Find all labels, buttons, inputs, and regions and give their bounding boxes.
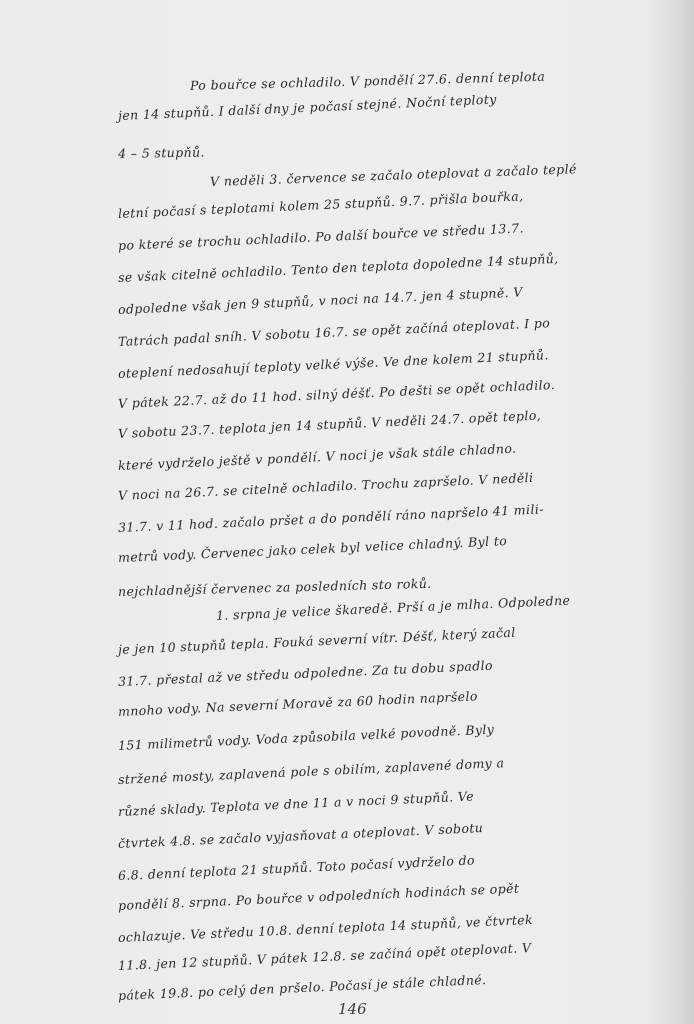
handwritten-line: odpoledne však jen 9 stupňů, v noci na 1… [118, 284, 523, 317]
handwritten-line: po které se trochu ochladilo. Po další b… [118, 220, 524, 253]
handwritten-line: Po bouřce se ochladilo. V pondělí 27.6. … [190, 69, 545, 93]
handwritten-line: 31.7. přestal až ve středu odpoledne. Za… [118, 658, 494, 689]
handwritten-line: 1. srpna je velice škaredě. Prší a je ml… [216, 593, 571, 623]
page-number: 146 [338, 1000, 367, 1018]
handwritten-line: mnoho vody. Na severní Moravě za 60 hodi… [118, 688, 478, 719]
handwritten-line: nejchladnější červenec za posledních sto… [118, 576, 432, 599]
handwritten-line: pondělí 8. srpna. Po bouřce v odpoledníc… [118, 880, 520, 913]
handwritten-line: jen 14 stupňů. I další dny je počasí ste… [118, 91, 497, 123]
handwritten-line: různé sklady. Teplota ve dne 11 a v noci… [118, 788, 475, 819]
handwritten-line: 11.8. jen 12 stupňů. V pátek 12.8. se za… [118, 940, 532, 973]
handwritten-line: 6.8. denní teplota 21 stupňů. Toto počas… [118, 852, 476, 883]
handwritten-line: oteplení nedosahují teploty velké výše. … [118, 347, 549, 381]
handwritten-line: metrů vody. Červenec jako celek byl veli… [118, 533, 508, 565]
handwritten-line: V pátek 22.7. až do 11 hod. silný déšť. … [118, 377, 556, 411]
scanned-page: Po bouřce se ochladilo. V pondělí 27.6. … [0, 0, 694, 1024]
handwritten-line: Tatrách padal sníh. V sobotu 16.7. se op… [118, 315, 551, 349]
handwritten-line: které vydrželo ještě v pondělí. V noci j… [118, 441, 517, 473]
handwritten-line: 31.7. v 11 hod. začalo pršet a do ponděl… [118, 501, 544, 535]
handwritten-line: se však citelně ochladilo. Tento den tep… [118, 251, 559, 285]
handwritten-line: je jen 10 stupňů tepla. Fouká severní ví… [118, 625, 516, 657]
handwritten-line: 4 – 5 stupňů. [118, 144, 205, 161]
handwritten-line: stržené mosty, zaplavená pole s obilím, … [118, 755, 505, 787]
handwritten-line: letní počasí s teplotami kolem 25 stupňů… [118, 188, 524, 221]
handwritten-line: čtvrtek 4.8. se začalo vyjasňovat a otep… [118, 820, 484, 851]
handwritten-line: ochlazuje. Ve středu 10.8. denní teplota… [118, 912, 534, 945]
handwritten-line: 151 milimetrů vody. Voda způsobila velké… [118, 722, 495, 753]
handwritten-line: V sobotu 23.7. teplota jen 14 stupňů. V … [118, 408, 542, 441]
handwritten-line: V neděli 3. července se začalo oteplovat… [210, 161, 577, 189]
handwritten-line: V noci na 26.7. se citelně ochladilo. Tr… [118, 470, 534, 503]
handwritten-line: pátek 19.8. po celý den pršelo. Počasí j… [118, 972, 487, 1003]
